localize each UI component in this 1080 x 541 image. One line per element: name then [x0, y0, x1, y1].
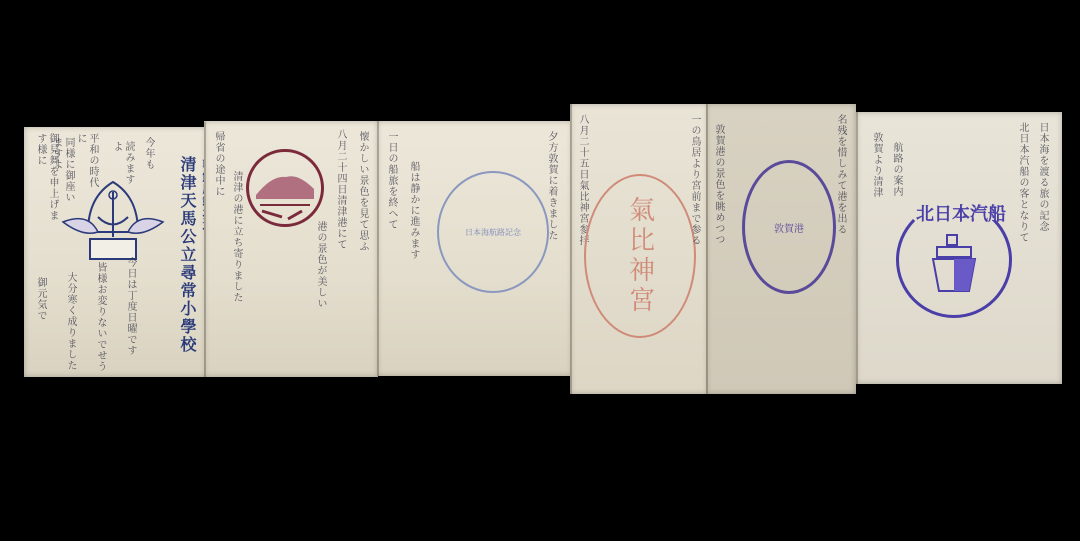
handwriting: 敦賀港の景色を眺めつつ — [712, 124, 724, 374]
handwriting: 船は静かに進みます — [407, 161, 419, 361]
handwriting: 航路の案内 — [890, 142, 902, 232]
steamship-icon — [919, 225, 989, 295]
fold-line — [856, 112, 858, 384]
anchor-crest-icon — [58, 177, 168, 262]
handwriting: 敦賀より清津 — [870, 132, 882, 232]
landscape-stamp — [246, 149, 324, 227]
handwriting: 帰省の途中に — [212, 131, 224, 281]
handwriting: 清津の港に立ち寄りました — [230, 171, 242, 361]
fold-line — [570, 104, 572, 394]
handwriting: 港の景色が美しい — [314, 221, 326, 361]
handwriting: 一の鳥居より宮前まで参る — [688, 114, 700, 384]
harbor-stamp: 敦賀港 — [742, 160, 836, 294]
fold-line — [706, 104, 708, 394]
fold-line — [204, 122, 206, 377]
panel-2: 帰省の途中に 清津の港に立ち寄りました 港の景色が美しい 八月二十四日清津港にて… — [204, 121, 378, 377]
handwriting: 今日は丁度日曜です — [124, 257, 136, 367]
handwriting: 大分寒く成りました — [64, 272, 76, 372]
handwriting: 今年も — [142, 137, 154, 177]
panel-6: 敦賀より清津 航路の案内 北日本汽船 北日本汽船の客となりて 日本海を渡る旅の記… — [856, 112, 1062, 384]
panel-4: 八月二十五日氣比神宮参拝 氣比神宮 一の鳥居より宮前まで参る — [570, 104, 708, 394]
handwriting: 名残を惜しみて港を出る — [834, 114, 846, 374]
ship-route-stamp: 日本海航路記念 — [437, 171, 549, 293]
school-name: 清津天馬公立尋常小學校 — [176, 156, 199, 354]
mountain-landscape-icon — [252, 155, 318, 221]
handwriting: 日本海を渡る旅の記念 — [1036, 122, 1048, 372]
harbor-stamp-text: 敦賀港 — [774, 220, 804, 235]
handwriting: 北日本汽船の客となりて — [1016, 122, 1028, 372]
steamship-company-name: 北日本汽船 — [916, 200, 1006, 226]
handwriting: 御元気で — [34, 277, 46, 372]
handwriting: 皆様お変りないでせう — [94, 262, 106, 372]
shrine-name: 氣比神宮 — [622, 196, 659, 316]
panel-5: 敦賀港の景色を眺めつつ 敦賀港 名残を惜しみて港を出る — [706, 104, 856, 394]
handwriting: 一日の船旅を終へて — [385, 131, 397, 361]
handwriting: 八月二十四日清津港にて — [334, 129, 346, 369]
shrine-seal-stamp: 氣比神宮 — [584, 174, 696, 338]
handwriting: 懐かしい景色を見て思ふ — [356, 131, 368, 371]
ship-route-stamp-text: 日本海航路記念 — [465, 227, 521, 238]
handwriting: 夕方敦賀に着きました — [545, 131, 557, 351]
fold-line — [377, 121, 379, 376]
panel-3: 一日の船旅を終へて 船は静かに進みます 日本海航路記念 夕方敦賀に着きました — [377, 121, 572, 376]
